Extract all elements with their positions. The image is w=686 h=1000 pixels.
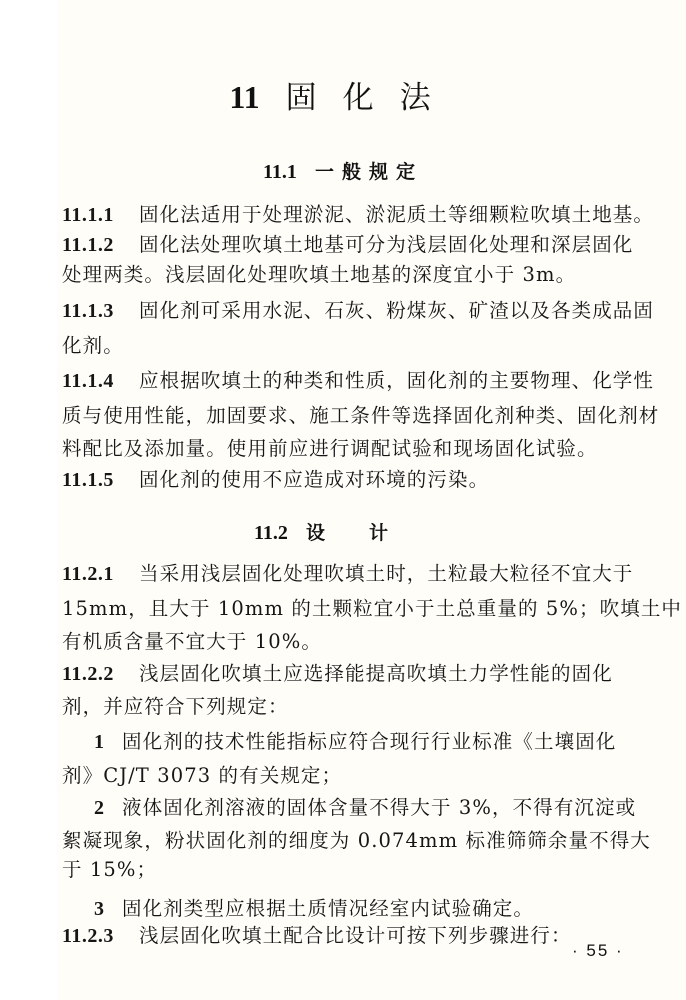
clause-text: 有机质含量不宜大于 10%。: [62, 630, 322, 653]
clause-text: 浅层固化吹填土应选择能提高吹填土力学性能的固化: [139, 662, 613, 685]
list-item-continuation: 于 15%；: [62, 858, 640, 882]
clause-text: 固化法适用于处理淤泥、淤泥质土等细颗粒吹填土地基。: [139, 203, 654, 226]
chapter-number: 11: [229, 79, 259, 115]
clause-text: 固化剂可采用水泥、石灰、粉煤灰、矿渣以及各类成品固: [139, 299, 654, 322]
item-text: 固化剂类型应根据土质情况经室内试验确定。: [122, 897, 534, 920]
clause-number: 11.1.5: [62, 468, 139, 492]
clause-text: 固化剂的使用不应造成对环境的污染。: [139, 468, 489, 491]
clause-number: 11.1.4: [62, 369, 139, 393]
clause-text: 化剂。: [62, 334, 124, 357]
clause-text: 应根据吹填土的种类和性质，固化剂的主要物理、化学性: [139, 369, 654, 392]
clause-text: 料配比及添加量。使用前应进行调配试验和现场固化试验。: [62, 437, 598, 460]
list-item-continuation: 剂》CJ/T 3073 的有关规定；: [62, 764, 640, 788]
section-title-text: 一般规定: [315, 161, 423, 183]
clause-continuation: 15mm，且大于 10mm 的土颗粒宜小于土总重量的 5%；吹填土中: [62, 597, 640, 621]
item-text: 于 15%；: [62, 858, 157, 881]
item-number: 1: [94, 730, 122, 754]
section-heading-11-1: 11.1一般规定: [0, 157, 686, 184]
list-item-continuation: 絮凝现象，粉状固化剂的细度为 0.074mm 标准筛筛余量不得大: [62, 829, 640, 853]
clause-continuation: 剂，并应符合下列规定：: [62, 695, 640, 719]
item-text: 固化剂的技术性能指标应符合现行行业标准《土壤固化: [122, 730, 616, 753]
section-heading-11-2: 11.2设计: [0, 518, 686, 545]
clause-11-1-2: 11.1.2固化法处理吹填土地基可分为浅层固化处理和深层固化: [62, 233, 640, 257]
page-number: · 55 ·: [572, 941, 624, 961]
item-text: 剂》CJ/T 3073 的有关规定；: [62, 764, 342, 787]
clause-text: 当采用浅层固化处理吹填土时，土粒最大粒径不宜大于: [139, 562, 633, 585]
clause-11-1-3: 11.1.3固化剂可采用水泥、石灰、粉煤灰、矿渣以及各类成品固: [62, 299, 640, 323]
clause-text: 15mm，且大于 10mm 的土颗粒宜小于土总重量的 5%；吹填土中: [62, 597, 682, 620]
clause-number: 11.1.1: [62, 203, 139, 227]
item-number: 3: [94, 897, 122, 921]
clause-11-2-2: 11.2.2浅层固化吹填土应选择能提高吹填土力学性能的固化: [62, 662, 640, 686]
clause-11-1-5: 11.1.5固化剂的使用不应造成对环境的污染。: [62, 468, 640, 492]
section-number: 11.2: [254, 522, 288, 544]
item-number: 2: [94, 796, 122, 820]
clause-continuation: 有机质含量不宜大于 10%。: [62, 630, 640, 654]
chapter-title-text: 固化法: [286, 80, 457, 116]
clause-continuation: 质与使用性能，加固要求、施工条件等选择固化剂种类、固化剂材: [62, 404, 640, 428]
list-item-3: 3固化剂类型应根据土质情况经室内试验确定。: [62, 897, 640, 921]
clause-number: 11.2.3: [62, 924, 139, 948]
clause-text: 剂，并应符合下列规定：: [62, 695, 289, 718]
clause-11-1-4: 11.1.4应根据吹填土的种类和性质，固化剂的主要物理、化学性: [62, 369, 640, 393]
clause-number: 11.2.2: [62, 662, 139, 686]
clause-continuation: 处理两类。浅层固化处理吹填土地基的深度宜小于 3m。: [62, 263, 640, 287]
clause-11-1-1: 11.1.1固化法适用于处理淤泥、淤泥质土等细颗粒吹填土地基。: [62, 203, 640, 227]
section-number: 11.1: [263, 161, 297, 183]
clause-continuation: 料配比及添加量。使用前应进行调配试验和现场固化试验。: [62, 437, 640, 461]
clause-number: 11.1.3: [62, 299, 139, 323]
clause-11-2-1: 11.2.1当采用浅层固化处理吹填土时，土粒最大粒径不宜大于: [62, 562, 640, 586]
chapter-title: 11固化法: [0, 72, 686, 117]
clause-continuation: 化剂。: [62, 334, 640, 358]
list-item-1: 1固化剂的技术性能指标应符合现行行业标准《土壤固化: [62, 730, 640, 754]
clause-number: 11.1.2: [62, 233, 139, 257]
clause-text: 固化法处理吹填土地基可分为浅层固化处理和深层固化: [139, 233, 633, 256]
item-text: 絮凝现象，粉状固化剂的细度为 0.074mm 标准筛筛余量不得大: [62, 829, 651, 852]
clause-text: 处理两类。浅层固化处理吹填土地基的深度宜小于 3m。: [62, 263, 576, 286]
clause-number: 11.2.1: [62, 562, 139, 586]
item-text: 液体固化剂溶液的固体含量不得大于 3%，不得有沉淀或: [122, 796, 636, 819]
list-item-2: 2液体固化剂溶液的固体含量不得大于 3%，不得有沉淀或: [62, 796, 640, 820]
clause-text: 浅层固化吹填土配合比设计可按下列步骤进行：: [139, 924, 572, 947]
section-title-text: 设计: [306, 522, 432, 544]
clause-11-2-3: 11.2.3浅层固化吹填土配合比设计可按下列步骤进行：: [62, 924, 640, 948]
clause-text: 质与使用性能，加固要求、施工条件等选择固化剂种类、固化剂材: [62, 404, 659, 427]
